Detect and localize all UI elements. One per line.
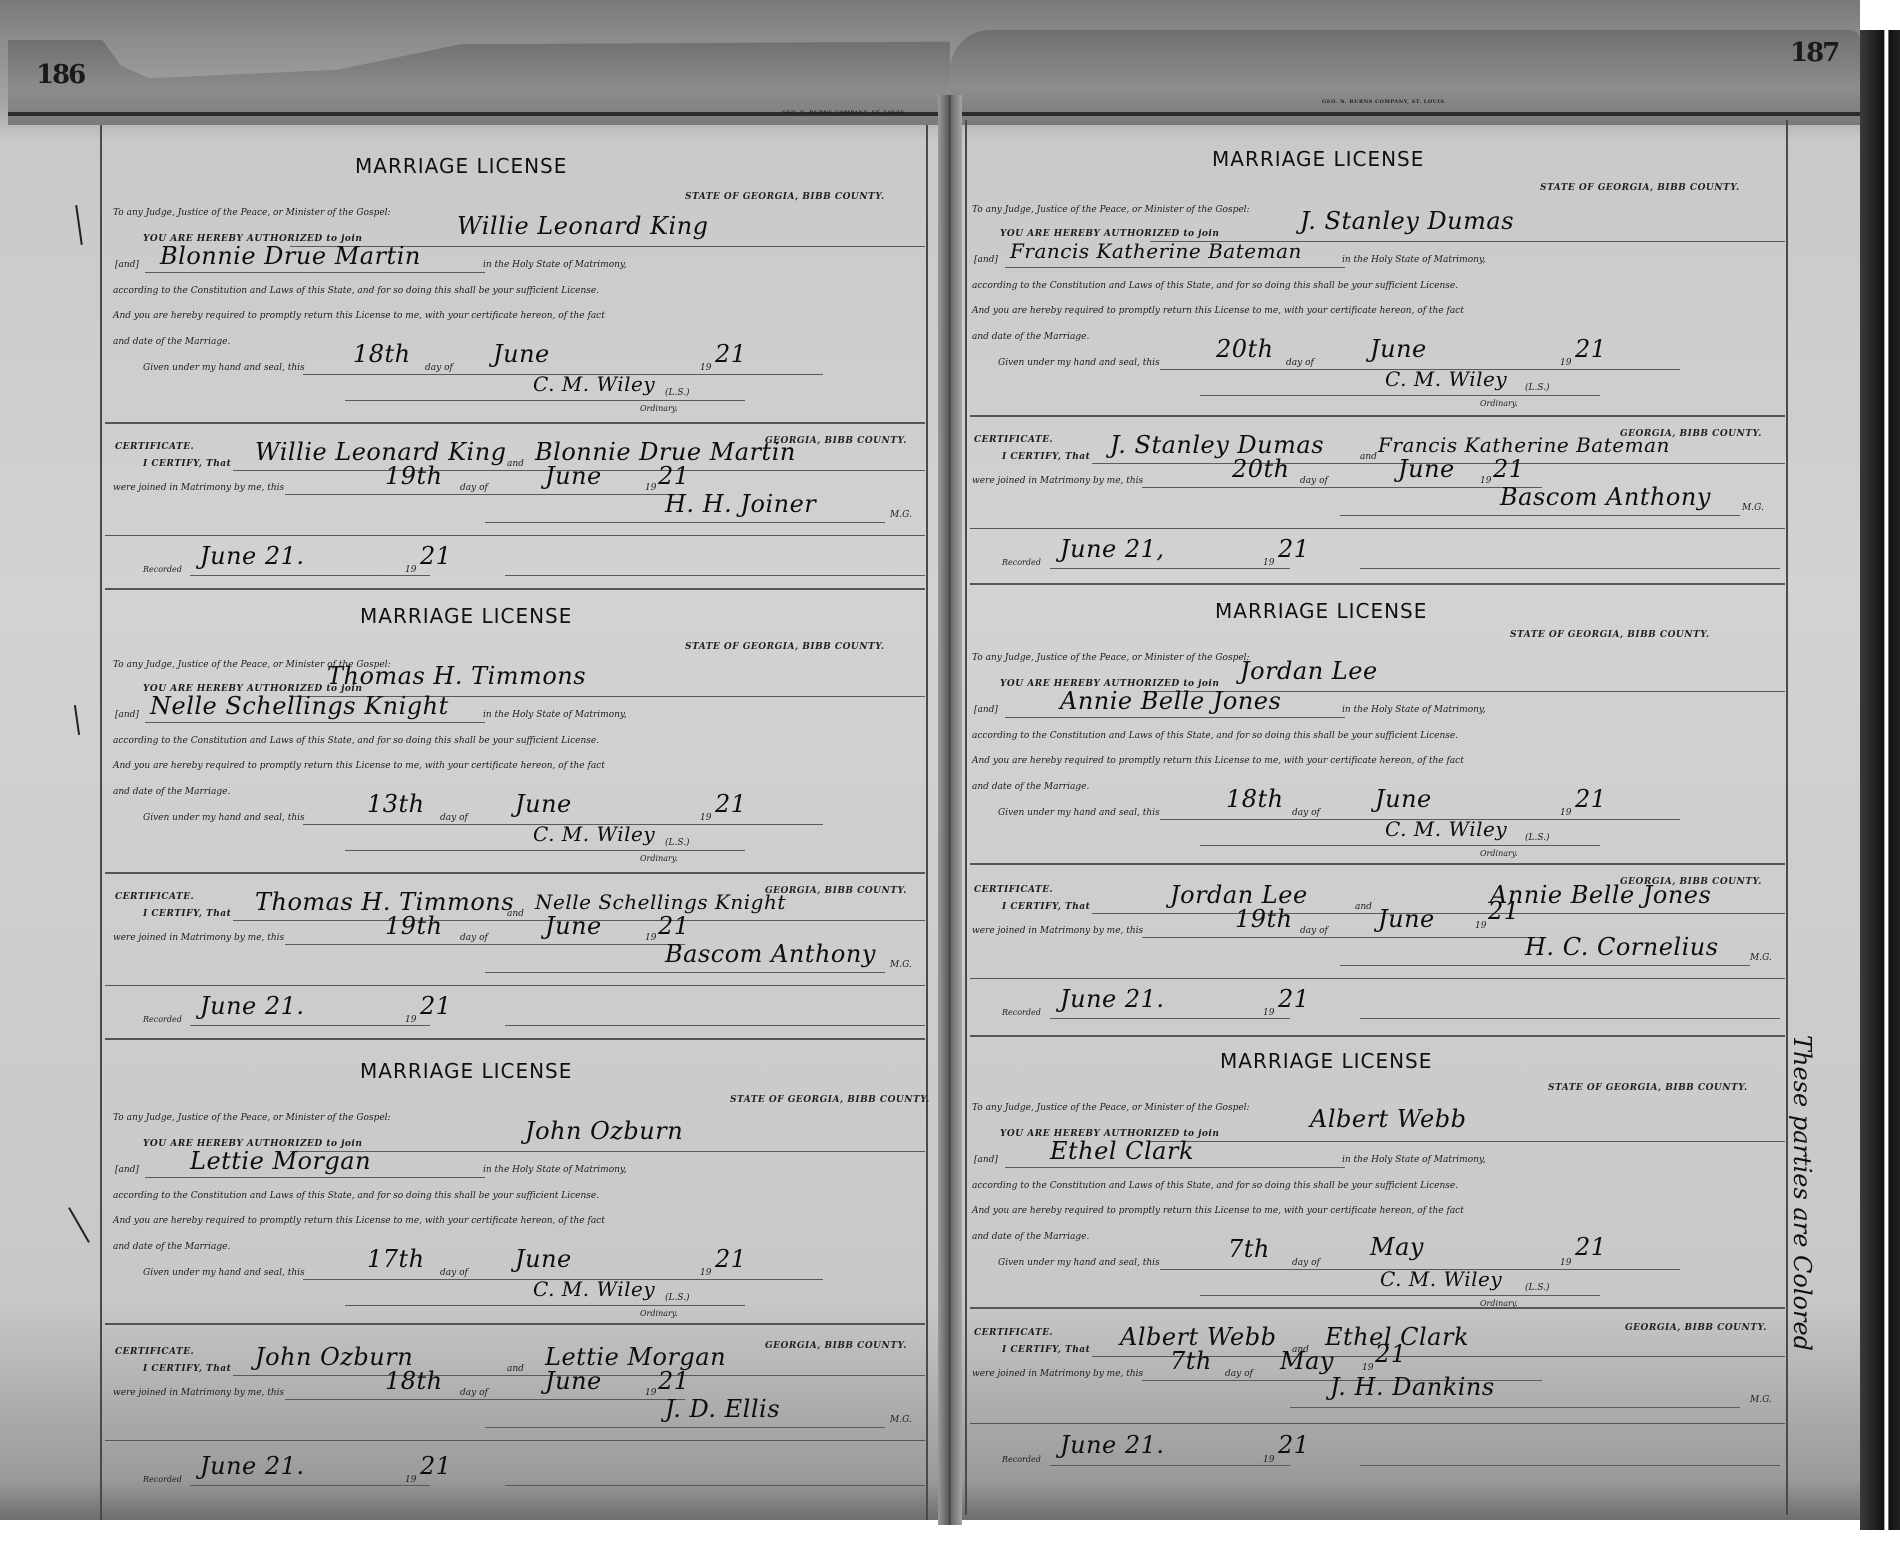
license-month: June (515, 1245, 572, 1273)
recorded-year: 21 (420, 542, 452, 570)
section-divider (105, 1323, 925, 1325)
date-of-marriage-text: and date of the Marriage. (113, 787, 230, 797)
and-small-label: and (1355, 902, 1372, 912)
officiant-signature: J. D. Ellis (665, 1395, 780, 1423)
groom-name: Albert Webb (1310, 1105, 1466, 1133)
officiant-line (1340, 515, 1740, 516)
and-label: [and] (115, 710, 139, 720)
blank-line (1360, 1465, 1780, 1466)
to-any-judge-text: To any Judge, Justice of the Peace, or M… (972, 1103, 1250, 1113)
marriage-month: May (1280, 1347, 1334, 1375)
ls-label: (L.S.) (665, 838, 690, 848)
required-text: And you are hereby required to promptly … (113, 1216, 605, 1226)
certificate-label: CERTIFICATE. (974, 435, 1053, 445)
required-text: And you are hereby required to promptly … (972, 1206, 1464, 1216)
and-label: [and] (115, 260, 139, 270)
ordinary-signature: C. M. Wiley (1385, 367, 1507, 391)
ordinary-signature: C. M. Wiley (533, 822, 655, 846)
i-certify-text: I CERTIFY, That (1002, 1345, 1090, 1355)
day-of-label: day of (1300, 476, 1328, 486)
required-text: And you are hereby required to promptly … (972, 306, 1464, 316)
joined-text: were joined in Matrimony by me, this (113, 933, 284, 943)
right-page-header-band (950, 30, 1860, 125)
section-divider (105, 872, 925, 874)
according-text: according to the Constitution and Laws o… (113, 286, 599, 296)
recorded-line (190, 1485, 430, 1486)
bride-line (145, 1177, 485, 1178)
section-divider (105, 422, 925, 424)
recorded-year: 21 (1278, 535, 1310, 563)
date-of-marriage-text: and date of the Marriage. (113, 337, 230, 347)
certificate-label: CERTIFICATE. (974, 885, 1053, 895)
to-any-judge-text: To any Judge, Justice of the Peace, or M… (972, 205, 1250, 215)
marriage-month: June (545, 912, 602, 940)
and-small-label: and (507, 1364, 524, 1374)
bride-name: Lettie Morgan (190, 1147, 371, 1175)
signature-line (345, 400, 745, 401)
bride-name: Francis Katherine Bateman (1010, 239, 1302, 263)
officiant-line (1340, 965, 1750, 966)
year-prefix: 19 (645, 483, 656, 493)
bride-name: Annie Belle Jones (1060, 687, 1281, 715)
recorded-label: Recorded (143, 565, 182, 574)
marriage-date-line (285, 494, 685, 495)
recorded-label: Recorded (1002, 1455, 1041, 1464)
cert-bride-name: Annie Belle Jones (1490, 881, 1711, 909)
i-certify-text: I CERTIFY, That (143, 909, 231, 919)
and-small-label: and (507, 909, 524, 919)
license-year: 21 (715, 340, 747, 368)
required-text: And you are hereby required to promptly … (113, 311, 605, 321)
marriage-date-line (1142, 487, 1542, 488)
required-text: And you are hereby required to promptly … (972, 756, 1464, 766)
joined-text: were joined in Matrimony by me, this (972, 926, 1143, 936)
marriage-year: 21 (658, 912, 690, 940)
year-prefix: 19 (1263, 1455, 1274, 1465)
license-day: 18th (1226, 785, 1284, 813)
i-certify-text: I CERTIFY, That (143, 459, 231, 469)
bride-line (145, 722, 485, 723)
day-of-label: day of (1300, 926, 1328, 936)
to-any-judge-text: To any Judge, Justice of the Peace, or M… (972, 653, 1250, 663)
bride-name: Nelle Schellings Knight (150, 692, 449, 720)
groom-name: Jordan Lee (1240, 657, 1378, 685)
marriage-year: 21 (1493, 455, 1525, 483)
license-year: 21 (715, 790, 747, 818)
entry-divider (970, 583, 1785, 585)
holy-state-text: in the Holy State of Matrimony, (483, 1165, 627, 1175)
recorded-label: Recorded (1002, 558, 1041, 567)
marriage-date-line (285, 1399, 685, 1400)
officiant-signature: H. C. Cornelius (1525, 933, 1719, 961)
ordinary-label: Ordinary. (1480, 399, 1518, 408)
according-text: according to the Constitution and Laws o… (113, 736, 599, 746)
certificate-label: CERTIFICATE. (974, 1328, 1053, 1338)
day-of-label: day of (440, 813, 468, 823)
according-text: according to the Constitution and Laws o… (972, 1181, 1458, 1191)
bride-line (1005, 717, 1345, 718)
license-day: 18th (353, 340, 411, 368)
groom-name: J. Stanley Dumas (1300, 207, 1514, 235)
day-of-label: day of (460, 933, 488, 943)
and-label: [and] (974, 255, 998, 265)
recorded-line (1050, 1018, 1290, 1019)
right-header-rule (952, 112, 1860, 116)
marriage-year: 21 (658, 1367, 690, 1395)
cert-county-label: GEORGIA, BIBB COUNTY. (1625, 1323, 1767, 1333)
margin-annotation: These parties are Colored (1792, 1035, 1822, 1395)
year-prefix: 19 (1560, 1258, 1571, 1268)
license-year: 21 (1575, 1233, 1607, 1261)
officiant-line (485, 522, 885, 523)
section-divider (970, 415, 1785, 417)
given-under-text: Given under my hand and seal, this (143, 813, 305, 823)
license-year: 21 (1575, 785, 1607, 813)
given-under-text: Given under my hand and seal, this (143, 1268, 305, 1278)
year-prefix: 19 (405, 1015, 416, 1025)
ls-label: (L.S.) (1525, 1283, 1550, 1293)
groom-name: Willie Leonard King (457, 212, 709, 240)
day-of-label: day of (1225, 1369, 1253, 1379)
ls-label: (L.S.) (665, 1293, 690, 1303)
i-certify-text: I CERTIFY, That (1002, 902, 1090, 912)
recorded-date: June 21. (200, 1452, 305, 1480)
year-prefix: 19 (645, 933, 656, 943)
year-prefix: 19 (1475, 921, 1486, 931)
marriage-month: June (545, 462, 602, 490)
recorded-year: 21 (1278, 1431, 1310, 1459)
marriage-month: June (1398, 455, 1455, 483)
signature-line (1200, 1295, 1600, 1296)
required-text: And you are hereby required to promptly … (113, 761, 605, 771)
year-prefix: 19 (700, 1268, 711, 1278)
recorded-year: 21 (1278, 985, 1310, 1013)
book-right-edge (1860, 30, 1900, 1530)
cert-bride-name: Nelle Schellings Knight (535, 890, 786, 914)
officiant-signature: Bascom Anthony (1500, 483, 1711, 511)
year-prefix: 19 (1560, 358, 1571, 368)
certificate-label: CERTIFICATE. (115, 442, 194, 452)
bride-line (1005, 267, 1345, 268)
mg-label: M.G. (890, 1415, 912, 1425)
section-divider (970, 978, 1785, 979)
license-day: 13th (367, 790, 425, 818)
marriage-day: 19th (385, 462, 443, 490)
blank-line (505, 1485, 925, 1486)
groom-name: Thomas H. Timmons (327, 662, 586, 690)
to-any-judge-text: To any Judge, Justice of the Peace, or M… (113, 1113, 391, 1123)
recorded-line (190, 1025, 430, 1026)
license-title: MARRIAGE LICENSE (1215, 599, 1427, 623)
marriage-day: 20th (1232, 455, 1290, 483)
section-divider (970, 1423, 1785, 1424)
bride-line (145, 272, 485, 273)
license-month: June (1370, 335, 1427, 363)
date-of-marriage-text: and date of the Marriage. (972, 332, 1089, 342)
joined-text: were joined in Matrimony by me, this (972, 476, 1143, 486)
blank-line (505, 575, 925, 576)
and-label: [and] (115, 1165, 139, 1175)
marriage-day: 18th (385, 1367, 443, 1395)
cert-groom-name: Willie Leonard King (255, 438, 507, 466)
year-prefix: 19 (1263, 1008, 1274, 1018)
state-county-label: STATE OF GEORGIA, BIBB COUNTY. (1540, 183, 1740, 193)
recorded-label: Recorded (1002, 1008, 1041, 1017)
bride-name: Blonnie Drue Martin (160, 242, 421, 270)
year-prefix: 19 (1362, 1363, 1373, 1373)
entry-divider (970, 1035, 1785, 1037)
signature-line (345, 1305, 745, 1306)
groom-line (1150, 1141, 1785, 1142)
entry-divider (105, 588, 925, 590)
entry-divider (105, 1038, 925, 1040)
recorded-year: 21 (420, 992, 452, 1020)
mg-label: M.G. (890, 510, 912, 520)
officiant-line (485, 972, 885, 973)
state-county-label: STATE OF GEORGIA, BIBB COUNTY. (730, 1095, 930, 1105)
cert-county-label: GEORGIA, BIBB COUNTY. (765, 1341, 907, 1351)
mg-label: M.G. (1750, 953, 1772, 963)
state-county-label: STATE OF GEORGIA, BIBB COUNTY. (685, 192, 885, 202)
license-year: 21 (715, 1245, 747, 1273)
holy-state-text: in the Holy State of Matrimony, (1342, 255, 1486, 265)
authorized-text: YOU ARE HEREBY AUTHORIZED to join (1000, 229, 1219, 239)
ordinary-label: Ordinary. (640, 1309, 678, 1318)
ls-label: (L.S.) (665, 388, 690, 398)
given-under-text: Given under my hand and seal, this (998, 1258, 1160, 1268)
and-label: [and] (974, 1155, 998, 1165)
given-under-text: Given under my hand and seal, this (143, 363, 305, 373)
state-county-label: STATE OF GEORGIA, BIBB COUNTY. (1510, 630, 1710, 640)
right-page-number: 187 (1790, 38, 1838, 68)
joined-text: were joined in Matrimony by me, this (113, 1388, 284, 1398)
recorded-year: 21 (420, 1452, 452, 1480)
day-of-label: day of (1292, 808, 1320, 818)
to-any-judge-text: To any Judge, Justice of the Peace, or M… (113, 208, 391, 218)
left-page-number: 186 (36, 60, 84, 90)
given-under-text: Given under my hand and seal, this (998, 358, 1160, 368)
state-county-label: STATE OF GEORGIA, BIBB COUNTY. (1548, 1083, 1748, 1093)
year-prefix: 19 (1560, 808, 1571, 818)
license-day: 7th (1228, 1235, 1270, 1263)
state-county-label: STATE OF GEORGIA, BIBB COUNTY. (685, 642, 885, 652)
ordinary-signature: C. M. Wiley (1385, 817, 1507, 841)
license-title: MARRIAGE LICENSE (1220, 1049, 1432, 1073)
year-prefix: 19 (645, 1388, 656, 1398)
license-day: 17th (367, 1245, 425, 1273)
day-of-label: day of (1292, 1258, 1320, 1268)
section-divider (105, 1440, 925, 1441)
blank-line (505, 1025, 925, 1026)
recorded-date: June 21. (1060, 985, 1165, 1013)
ordinary-label: Ordinary. (640, 404, 678, 413)
groom-line (290, 1151, 925, 1152)
recorded-line (1050, 568, 1290, 569)
year-prefix: 19 (405, 565, 416, 575)
ordinary-label: Ordinary. (1480, 849, 1518, 858)
left-inner-rule (926, 125, 928, 1520)
license-title: MARRIAGE LICENSE (1212, 147, 1424, 171)
holy-state-text: in the Holy State of Matrimony, (483, 260, 627, 270)
signature-line (1200, 395, 1600, 396)
recorded-label: Recorded (143, 1475, 182, 1484)
year-prefix: 19 (1480, 476, 1491, 486)
mg-label: M.G. (1742, 503, 1764, 513)
license-month: June (493, 340, 550, 368)
mg-label: M.G. (890, 960, 912, 970)
joined-text: were joined in Matrimony by me, this (972, 1369, 1143, 1379)
holy-state-text: in the Holy State of Matrimony, (483, 710, 627, 720)
license-title: MARRIAGE LICENSE (360, 604, 572, 628)
and-small-label: and (507, 459, 524, 469)
ls-label: (L.S.) (1525, 383, 1550, 393)
left-margin-rule (100, 125, 102, 1520)
certificate-label: CERTIFICATE. (115, 892, 194, 902)
license-title: MARRIAGE LICENSE (355, 154, 567, 178)
cert-county-label: GEORGIA, BIBB COUNTY. (765, 886, 907, 896)
officiant-signature: J. H. Dankins (1330, 1373, 1495, 1401)
officiant-line (485, 1427, 885, 1428)
according-text: according to the Constitution and Laws o… (113, 1191, 599, 1201)
marriage-date-line (1142, 937, 1542, 938)
day-of-label: day of (460, 483, 488, 493)
marriage-date-line (285, 944, 685, 945)
right-publisher-imprint: GEO. N. BURNS COMPANY, ST. LOUIS (1322, 99, 1445, 105)
marriage-day: 19th (385, 912, 443, 940)
marriage-day: 19th (1235, 905, 1293, 933)
left-publisher-imprint: GEO. N. BURNS COMPANY, ST. LOUIS (782, 110, 905, 116)
cert-bride-name: Francis Katherine Bateman (1378, 433, 1670, 457)
bride-name: Ethel Clark (1050, 1137, 1194, 1165)
year-prefix: 19 (700, 813, 711, 823)
margin-annotation-text: These parties are Colored (1788, 1035, 1816, 1351)
date-of-marriage-text: and date of the Marriage. (972, 1232, 1089, 1242)
and-label: [and] (974, 705, 998, 715)
day-of-label: day of (1286, 358, 1314, 368)
marriage-month: June (1378, 905, 1435, 933)
license-day: 20th (1216, 335, 1274, 363)
recorded-date: June 21. (200, 542, 305, 570)
marriage-year: 21 (1375, 1340, 1407, 1368)
year-prefix: 19 (700, 363, 711, 373)
marriage-year: 21 (658, 462, 690, 490)
signature-line (345, 850, 745, 851)
recorded-date: June 21, (1060, 535, 1165, 563)
date-of-marriage-text: and date of the Marriage. (972, 782, 1089, 792)
i-certify-text: I CERTIFY, That (1002, 452, 1090, 462)
ordinary-signature: C. M. Wiley (533, 372, 655, 396)
according-text: according to the Constitution and Laws o… (972, 281, 1458, 291)
recorded-date: June 21. (1060, 1431, 1165, 1459)
ls-label: (L.S.) (1525, 833, 1550, 843)
day-of-label: day of (440, 1268, 468, 1278)
license-month: June (515, 790, 572, 818)
bride-line (1005, 1167, 1345, 1168)
blank-line (1360, 1018, 1780, 1019)
license-month: June (1375, 785, 1432, 813)
year-prefix: 19 (1263, 558, 1274, 568)
license-title: MARRIAGE LICENSE (360, 1059, 572, 1083)
section-divider (970, 1307, 1785, 1309)
marriage-year: 21 (1488, 897, 1520, 925)
and-small-label: and (1360, 452, 1377, 462)
date-of-marriage-text: and date of the Marriage. (113, 1242, 230, 1252)
given-under-text: Given under my hand and seal, this (998, 808, 1160, 818)
recorded-label: Recorded (143, 1015, 182, 1024)
marriage-month: June (545, 1367, 602, 1395)
joined-text: were joined in Matrimony by me, this (113, 483, 284, 493)
mg-label: M.G. (1750, 1395, 1772, 1405)
license-year: 21 (1575, 335, 1607, 363)
i-certify-text: I CERTIFY, That (143, 1364, 231, 1374)
section-divider (105, 535, 925, 536)
according-text: according to the Constitution and Laws o… (972, 731, 1458, 741)
section-divider (970, 528, 1785, 529)
recorded-line (1050, 1465, 1290, 1466)
officiant-signature: H. H. Joiner (665, 490, 816, 518)
blank-line (1360, 568, 1780, 569)
year-prefix: 19 (405, 1475, 416, 1485)
marriage-day: 7th (1170, 1347, 1212, 1375)
officiant-signature: Bascom Anthony (665, 940, 876, 968)
certificate-label: CERTIFICATE. (115, 1347, 194, 1357)
license-month: May (1370, 1233, 1424, 1261)
ledger-book-spread: 186 187 GEO. N. BURNS COMPANY, ST. LOUIS… (0, 0, 1900, 1552)
groom-name: John Ozburn (525, 1117, 683, 1145)
section-divider (105, 985, 925, 986)
day-of-label: day of (460, 1388, 488, 1398)
right-inner-rule (965, 120, 967, 1515)
book-spine (938, 95, 962, 1525)
signature-line (1200, 845, 1600, 846)
holy-state-text: in the Holy State of Matrimony, (1342, 1155, 1486, 1165)
cert-names-line (1092, 913, 1785, 914)
holy-state-text: in the Holy State of Matrimony, (1342, 705, 1486, 715)
recorded-date: June 21. (200, 992, 305, 1020)
cert-groom-name: J. Stanley Dumas (1110, 431, 1324, 459)
day-of-label: day of (425, 363, 453, 373)
ordinary-label: Ordinary. (640, 854, 678, 863)
section-divider (970, 863, 1785, 865)
officiant-line (1290, 1407, 1740, 1408)
ordinary-signature: C. M. Wiley (1380, 1267, 1502, 1291)
ordinary-signature: C. M. Wiley (533, 1277, 655, 1301)
recorded-line (190, 575, 430, 576)
